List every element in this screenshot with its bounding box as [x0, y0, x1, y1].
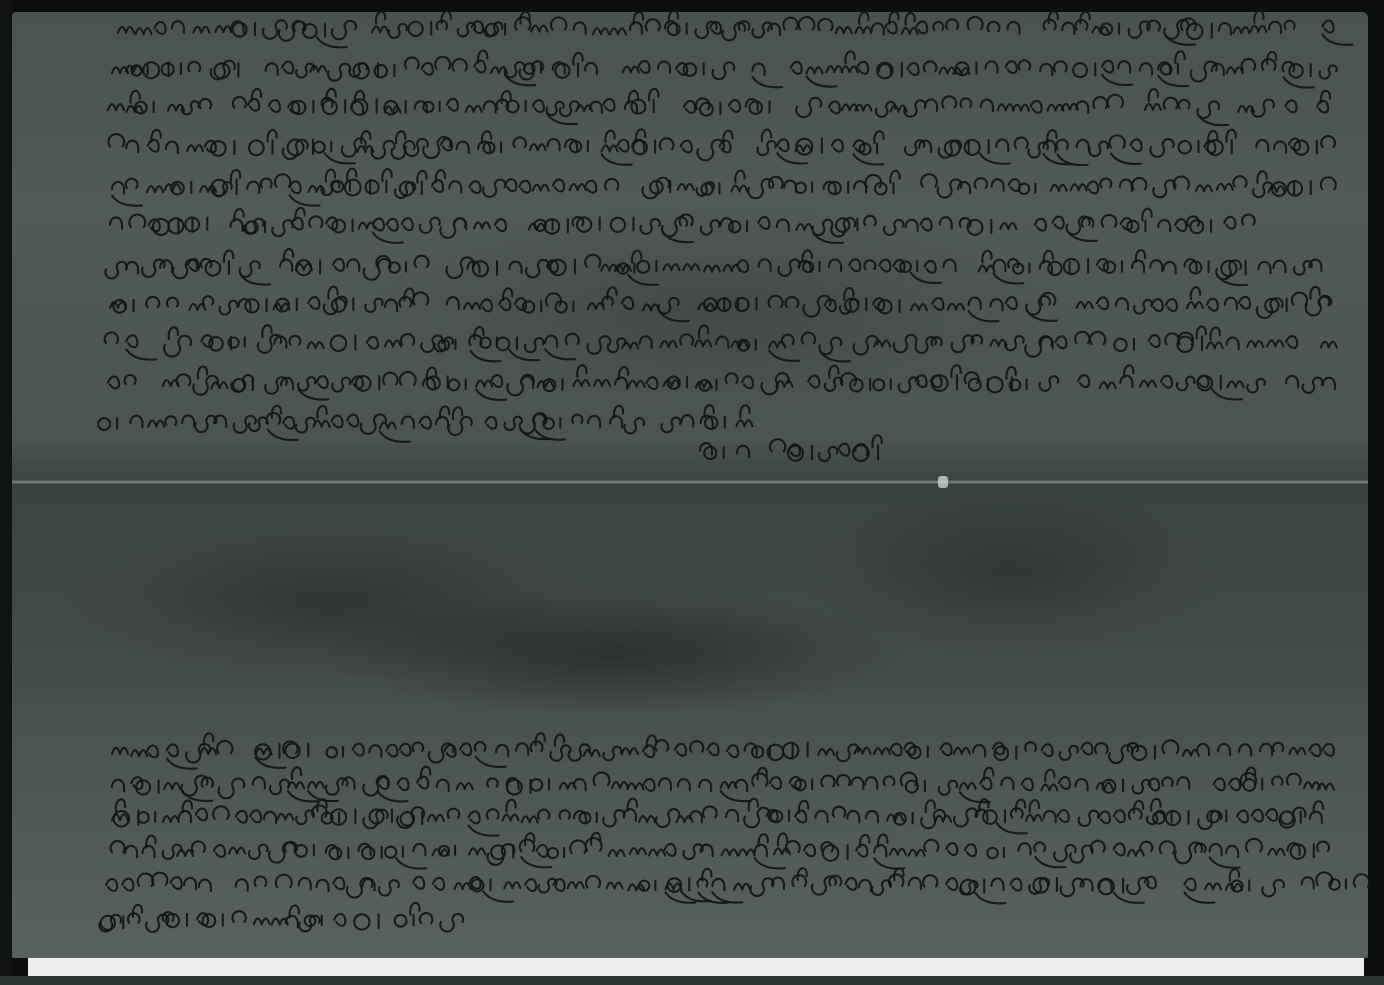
handwritten-glyph: [1089, 142, 1108, 156]
handwritten-glyph: [705, 417, 725, 429]
handwritten-glyph: [722, 849, 738, 855]
handwritten-glyph: [1079, 811, 1099, 826]
handwritten-glyph: [587, 336, 610, 354]
handwritten-glyph: [118, 27, 134, 33]
handwritten-glyph: [925, 99, 937, 111]
handwritten-glyph: [1269, 849, 1285, 855]
handwritten-glyph: [125, 375, 136, 384]
handwritten-glyph: [618, 263, 634, 273]
handwritten-glyph: [624, 418, 644, 433]
handwritten-glyph: [485, 417, 496, 429]
handwritten-descender: [476, 757, 506, 767]
handwritten-glyph: [333, 877, 344, 889]
handwritten-glyph: [249, 140, 272, 155]
handwritten-glyph: [784, 180, 796, 192]
handwritten-glyph: [1320, 65, 1337, 78]
handwritten-glyph: [520, 839, 535, 851]
handwritten-glyph: [1247, 379, 1264, 392]
handwritten-ascender: [1191, 287, 1200, 299]
handwritten-ascender: [605, 131, 614, 143]
handwritten-glyph: [879, 64, 891, 76]
handwritten-glyph: [675, 744, 686, 756]
handwritten-glyph: [520, 414, 545, 434]
handwritten-glyph: [1097, 783, 1113, 789]
handwritten-glyph: [138, 812, 155, 823]
handwritten-glyph: [247, 182, 259, 194]
handwritten-glyph: [643, 304, 659, 310]
handwritten-glyph: [749, 101, 769, 114]
handwritten-glyph: [504, 882, 520, 888]
handwritten-glyph: [372, 27, 388, 33]
handwritten-glyph: [402, 416, 414, 428]
handwritten-glyph: [1288, 181, 1311, 195]
handwritten-glyph: [249, 845, 268, 859]
handwritten-glyph: [1145, 877, 1156, 889]
handwritten-glyph: [317, 376, 328, 388]
handwritten-glyph: [901, 773, 917, 786]
handwritten-glyph: [349, 63, 367, 77]
handwritten-glyph: [829, 101, 840, 113]
handwritten-glyph: [1294, 141, 1317, 155]
handwritten-glyph: [699, 780, 711, 792]
handwritten-glyph: [946, 19, 958, 28]
handwritten-glyph: [646, 377, 657, 389]
handwritten-glyph: [483, 180, 505, 197]
handwritten-glyph: [878, 300, 899, 313]
handwritten-glyph: [1197, 101, 1219, 118]
handwritten-glyph: [602, 145, 618, 151]
handwritten-glyph: [240, 261, 260, 277]
handwritten-glyph: [630, 22, 642, 34]
handwritten-glyph: [447, 99, 458, 111]
handwritten-glyph: [1090, 332, 1105, 344]
handwritten-glyph: [758, 217, 769, 229]
handwritten-glyph: [1166, 811, 1189, 825]
handwritten-glyph: [566, 334, 579, 344]
handwritten-glyph: [961, 98, 972, 107]
handwritten-glyph: [215, 26, 231, 32]
handwritten-glyph: [1097, 259, 1108, 271]
handwritten-glyph: [126, 141, 138, 153]
handwritten-ascender: [292, 767, 301, 779]
handwritten-glyph: [1034, 842, 1045, 851]
handwritten-glyph: [108, 134, 124, 147]
handwritten-glyph: [177, 850, 193, 856]
handwritten-glyph: [1133, 780, 1151, 794]
handwritten-glyph: [807, 67, 823, 73]
handwritten-glyph: [110, 217, 122, 229]
handwritten-glyph: [1262, 880, 1284, 897]
handwritten-glyph: [661, 418, 680, 433]
handwritten-glyph: [992, 179, 1004, 191]
handwritten-glyph: [166, 142, 178, 154]
handwritten-glyph: [864, 260, 875, 269]
handwritten-glyph: [1289, 748, 1305, 754]
handwritten-glyph: [280, 259, 292, 271]
handwritten-glyph: [380, 422, 396, 428]
handwritten-glyph: [1242, 59, 1255, 70]
handwritten-glyph: [409, 22, 432, 36]
handwritten-glyph: [415, 256, 429, 267]
handwritten-glyph: [292, 101, 313, 114]
handwritten-glyph: [354, 914, 378, 929]
handwritten-descender: [1210, 857, 1240, 867]
handwritten-glyph: [480, 337, 497, 347]
handwritten-ascender: [699, 325, 708, 337]
handwritten-glyph: [505, 62, 525, 77]
handwritten-glyph: [525, 338, 543, 352]
handwritten-glyph: [1187, 24, 1212, 40]
handwritten-ascender: [376, 12, 385, 24]
handwritten-glyph: [609, 850, 625, 856]
handwritten-ascender: [1030, 800, 1039, 812]
handwritten-glyph: [279, 21, 305, 41]
handwritten-glyph: [1221, 261, 1245, 276]
handwritten-glyph: [1185, 879, 1196, 891]
handwritten-glyph: [1214, 778, 1225, 790]
handwritten-glyph: [821, 775, 834, 786]
handwritten-glyph: [853, 445, 878, 461]
handwritten-glyph: [1076, 101, 1088, 113]
handwritten-glyph: [199, 880, 211, 892]
handwritten-glyph: [695, 340, 711, 346]
handwritten-ascender: [396, 131, 405, 143]
handwritten-glyph: [1321, 342, 1337, 348]
handwritten-glyph: [308, 782, 324, 788]
handwritten-glyph: [464, 303, 480, 309]
handwritten-glyph: [1187, 302, 1203, 308]
handwritten-ascender: [735, 171, 744, 183]
handwritten-glyph: [818, 749, 834, 755]
handwritten-descender: [1102, 75, 1132, 85]
handwritten-glyph: [1228, 381, 1244, 387]
handwritten-glyph: [996, 139, 1008, 151]
handwritten-ascender: [1257, 171, 1266, 183]
handwritten-glyph: [661, 341, 677, 347]
handwritten-glyph: [332, 298, 353, 311]
handwritten-glyph: [437, 780, 449, 792]
handwritten-glyph: [1019, 60, 1031, 69]
handwritten-glyph: [704, 266, 720, 272]
handwritten-glyph: [332, 21, 356, 40]
handwritten-glyph: [1033, 878, 1057, 893]
handwritten-glyph: [573, 380, 589, 386]
handwritten-glyph: [395, 915, 414, 927]
handwritten-ascender: [130, 91, 139, 103]
handwritten-glyph: [1281, 811, 1301, 824]
handwritten-glyph: [553, 179, 564, 191]
handwritten-descender: [602, 154, 632, 164]
handwritten-ascender: [874, 131, 883, 143]
handwritten-glyph: [347, 415, 358, 427]
handwritten-glyph: [108, 104, 124, 110]
handwritten-glyph: [973, 745, 985, 757]
handwritten-glyph: [531, 779, 549, 790]
handwritten-glyph: [866, 811, 878, 823]
handwritten-glyph: [701, 220, 720, 234]
handwritten-glyph: [1132, 260, 1144, 272]
handwritten-glyph: [831, 218, 855, 236]
handwritten-glyph: [909, 850, 925, 856]
handwritten-descender: [911, 273, 941, 283]
handwritten-glyph: [1166, 299, 1177, 311]
handwritten-glyph: [920, 219, 931, 231]
handwritten-glyph: [1150, 260, 1162, 272]
handwritten-glyph: [1060, 746, 1078, 760]
handwritten-glyph: [585, 63, 597, 75]
handwritten-glyph: [823, 845, 848, 861]
handwritten-descender: [380, 431, 410, 441]
handwritten-glyph: [1071, 184, 1087, 190]
handwritten-glyph: [981, 100, 993, 112]
handwritten-glyph: [555, 64, 578, 78]
handwritten-glyph: [1145, 104, 1161, 110]
handwritten-glyph: [1007, 22, 1019, 34]
handwritten-glyph: [245, 299, 266, 312]
handwritten-glyph: [683, 264, 699, 270]
handwritten-glyph: [641, 219, 660, 234]
handwritten-glyph: [818, 19, 832, 30]
handwritten-glyph: [842, 66, 858, 72]
handwritten-ascender: [982, 251, 991, 263]
handwritten-glyph: [472, 21, 483, 33]
handwritten-glyph: [1043, 141, 1055, 153]
handwritten-glyph: [1162, 777, 1173, 785]
handwritten-glyph: [1273, 261, 1285, 273]
handwritten-glyph: [961, 880, 984, 895]
handwritten-glyph: [1274, 141, 1286, 153]
handwritten-glyph: [1161, 376, 1172, 388]
handwritten-glyph: [193, 376, 218, 395]
handwritten-glyph: [874, 845, 886, 857]
handwritten-ascender: [410, 903, 419, 915]
handwritten-glyph: [129, 214, 145, 227]
handwritten-glyph: [469, 848, 485, 854]
handwritten-glyph: [1005, 336, 1023, 350]
handwritten-glyph: [745, 743, 757, 755]
handwritten-glyph: [900, 261, 917, 272]
handwritten-glyph: [545, 219, 568, 233]
handwritten-glyph: [1239, 744, 1251, 756]
handwritten-glyph: [1054, 845, 1075, 861]
handwritten-glyph: [570, 141, 588, 152]
handwritten-glyph: [1153, 812, 1172, 824]
handwritten-glyph: [855, 748, 871, 754]
handwritten-glyph: [546, 293, 561, 305]
handwritten-glyph: [1210, 844, 1222, 856]
handwritten-glyph: [507, 101, 526, 113]
handwritten-glyph: [248, 99, 259, 111]
handwritten-descender: [969, 311, 999, 321]
handwritten-glyph: [1218, 744, 1230, 756]
handwritten-glyph: [449, 181, 461, 193]
handwritten-glyph: [112, 182, 124, 194]
handwritten-glyph: [757, 141, 775, 155]
handwritten-glyph: [770, 777, 781, 789]
handwritten-glyph: [1114, 843, 1125, 855]
handwritten-glyph: [432, 180, 443, 192]
handwritten-glyph: [924, 840, 938, 851]
handwritten-glyph: [440, 218, 465, 237]
handwritten-glyph: [1058, 810, 1069, 822]
handwritten-glyph: [681, 141, 692, 153]
handwritten-glyph: [296, 260, 320, 275]
handwritten-glyph: [1129, 809, 1142, 819]
handwritten-glyph: [448, 417, 471, 435]
handwritten-glyph: [615, 377, 627, 389]
handwritten-descender: [1158, 76, 1188, 86]
handwritten-glyph: [828, 182, 848, 194]
handwritten-glyph: [1075, 332, 1089, 344]
handwritten-glyph: [1267, 340, 1283, 346]
handwritten-glyph: [783, 18, 797, 29]
handwritten-descender: [182, 791, 212, 801]
handwritten-glyph: [199, 99, 211, 108]
handwritten-glyph: [526, 260, 549, 278]
handwritten-glyph: [1244, 779, 1263, 791]
handwritten-glyph: [1067, 217, 1090, 235]
handwritten-glyph: [584, 750, 600, 756]
handwritten-ascender: [1142, 209, 1151, 221]
handwritten-glyph: [663, 264, 679, 270]
handwritten-glyph: [1239, 297, 1250, 309]
handwritten-glyph: [193, 27, 209, 33]
handwritten-glyph: [105, 332, 118, 343]
handwritten-glyph: [1152, 299, 1163, 311]
handwritten-glyph: [769, 177, 783, 188]
handwritten-glyph: [308, 342, 324, 348]
handwritten-glyph: [106, 879, 117, 891]
handwritten-glyph: [1057, 140, 1068, 149]
handwritten-glyph: [314, 142, 332, 153]
handwritten-glyph: [1323, 744, 1334, 756]
handwritten-glyph: [704, 447, 723, 459]
handwritten-glyph: [531, 26, 547, 32]
handwritten-ascender: [231, 170, 240, 182]
handwritten-glyph: [998, 104, 1014, 110]
handwritten-glyph: [1242, 215, 1255, 225]
handwritten-glyph: [850, 379, 870, 392]
handwritten-glyph: [808, 376, 819, 388]
handwritten-descender: [663, 232, 693, 242]
handwritten-glyph: [270, 780, 289, 795]
handwritten-glyph: [473, 261, 497, 276]
handwritten-glyph: [154, 22, 165, 34]
handwritten-glyph: [622, 297, 633, 309]
handwritten-glyph: [469, 811, 480, 823]
handwritten-glyph: [529, 224, 545, 230]
handwritten-glyph: [1109, 135, 1124, 147]
handwritten-glyph: [1233, 27, 1249, 33]
handwritten-glyph: [369, 745, 381, 757]
handwritten-glyph: [1053, 217, 1064, 229]
handwritten-glyph: [131, 750, 147, 756]
handwritten-glyph: [1073, 63, 1095, 77]
handwritten-descender: [960, 792, 990, 802]
handwritten-glyph: [703, 806, 717, 817]
handwritten-glyph: [1026, 296, 1050, 314]
handwritten-glyph: [401, 812, 423, 826]
handwritten-glyph: [588, 416, 600, 428]
handwritten-glyph: [952, 335, 974, 352]
handwritten-glyph: [574, 22, 586, 34]
handwritten-glyph: [1019, 843, 1031, 855]
handwritten-ascender: [198, 366, 207, 378]
handwritten-glyph: [987, 848, 1004, 858]
handwritten-glyph: [779, 260, 800, 276]
handwritten-glyph: [1164, 262, 1176, 274]
handwritten-glyph: [1010, 879, 1021, 891]
handwritten-glyph: [795, 780, 812, 791]
handwritten-glyph: [859, 880, 871, 892]
handwritten-glyph: [1042, 744, 1053, 756]
handwritten-glyph: [873, 379, 891, 390]
handwritten-glyph: [644, 779, 655, 791]
handwritten-glyph: [484, 101, 496, 113]
handwritten-glyph: [548, 139, 560, 151]
handwritten-glyph: [400, 372, 416, 385]
handwritten-glyph: [1291, 844, 1314, 859]
handwritten-glyph: [1177, 337, 1202, 352]
handwritten-glyph: [1208, 140, 1232, 155]
handwritten-glyph: [525, 879, 536, 891]
handwritten-glyph: [476, 381, 492, 387]
handwritten-glyph: [902, 28, 918, 34]
handwritten-glyph: [402, 218, 413, 230]
handwritten-glyph: [436, 417, 448, 429]
handwritten-glyph: [586, 876, 600, 887]
handwritten-glyph: [925, 261, 936, 273]
handwritten-glyph: [836, 27, 852, 33]
handwritten-glyph: [771, 811, 789, 823]
handwritten-ascender: [328, 287, 337, 299]
handwritten-descender: [1114, 893, 1144, 903]
handwritten-glyph: [960, 783, 976, 789]
handwritten-glyph: [160, 260, 172, 272]
handwritten-glyph: [250, 810, 261, 822]
handwritten-glyph: [864, 216, 876, 225]
handwritten-glyph: [629, 381, 645, 387]
handwritten-glyph: [735, 780, 747, 792]
handwritten-glyph: [796, 224, 812, 230]
handwritten-glyph: [1323, 378, 1335, 390]
handwritten-glyph: [1131, 139, 1142, 151]
handwritten-glyph: [796, 183, 813, 193]
handwritten-glyph: [886, 22, 897, 34]
handwritten-glyph: [1205, 883, 1221, 889]
handwritten-glyph: [845, 878, 856, 890]
handwritten-glyph: [1177, 777, 1189, 789]
handwritten-glyph: [509, 261, 521, 273]
handwritten-glyph: [299, 878, 311, 890]
handwritten-glyph: [295, 845, 314, 857]
handwritten-ascender: [905, 13, 914, 25]
handwritten-glyph: [612, 782, 628, 788]
handwritten-glyph: [1227, 338, 1239, 350]
handwritten-glyph: [275, 174, 290, 186]
handwritten-glyph: [413, 877, 424, 889]
handwritten-glyph: [737, 420, 753, 426]
handwritten-glyph: [386, 745, 397, 757]
handwritten-glyph: [1196, 185, 1212, 191]
handwritten-glyph: [1013, 263, 1029, 273]
handwritten-glyph: [1140, 381, 1156, 387]
handwritten-glyph: [148, 421, 164, 427]
handwritten-glyph: [387, 219, 398, 231]
handwritten-ascender: [845, 51, 854, 63]
handwritten-glyph: [110, 302, 126, 308]
handwritten-glyph: [916, 375, 927, 387]
